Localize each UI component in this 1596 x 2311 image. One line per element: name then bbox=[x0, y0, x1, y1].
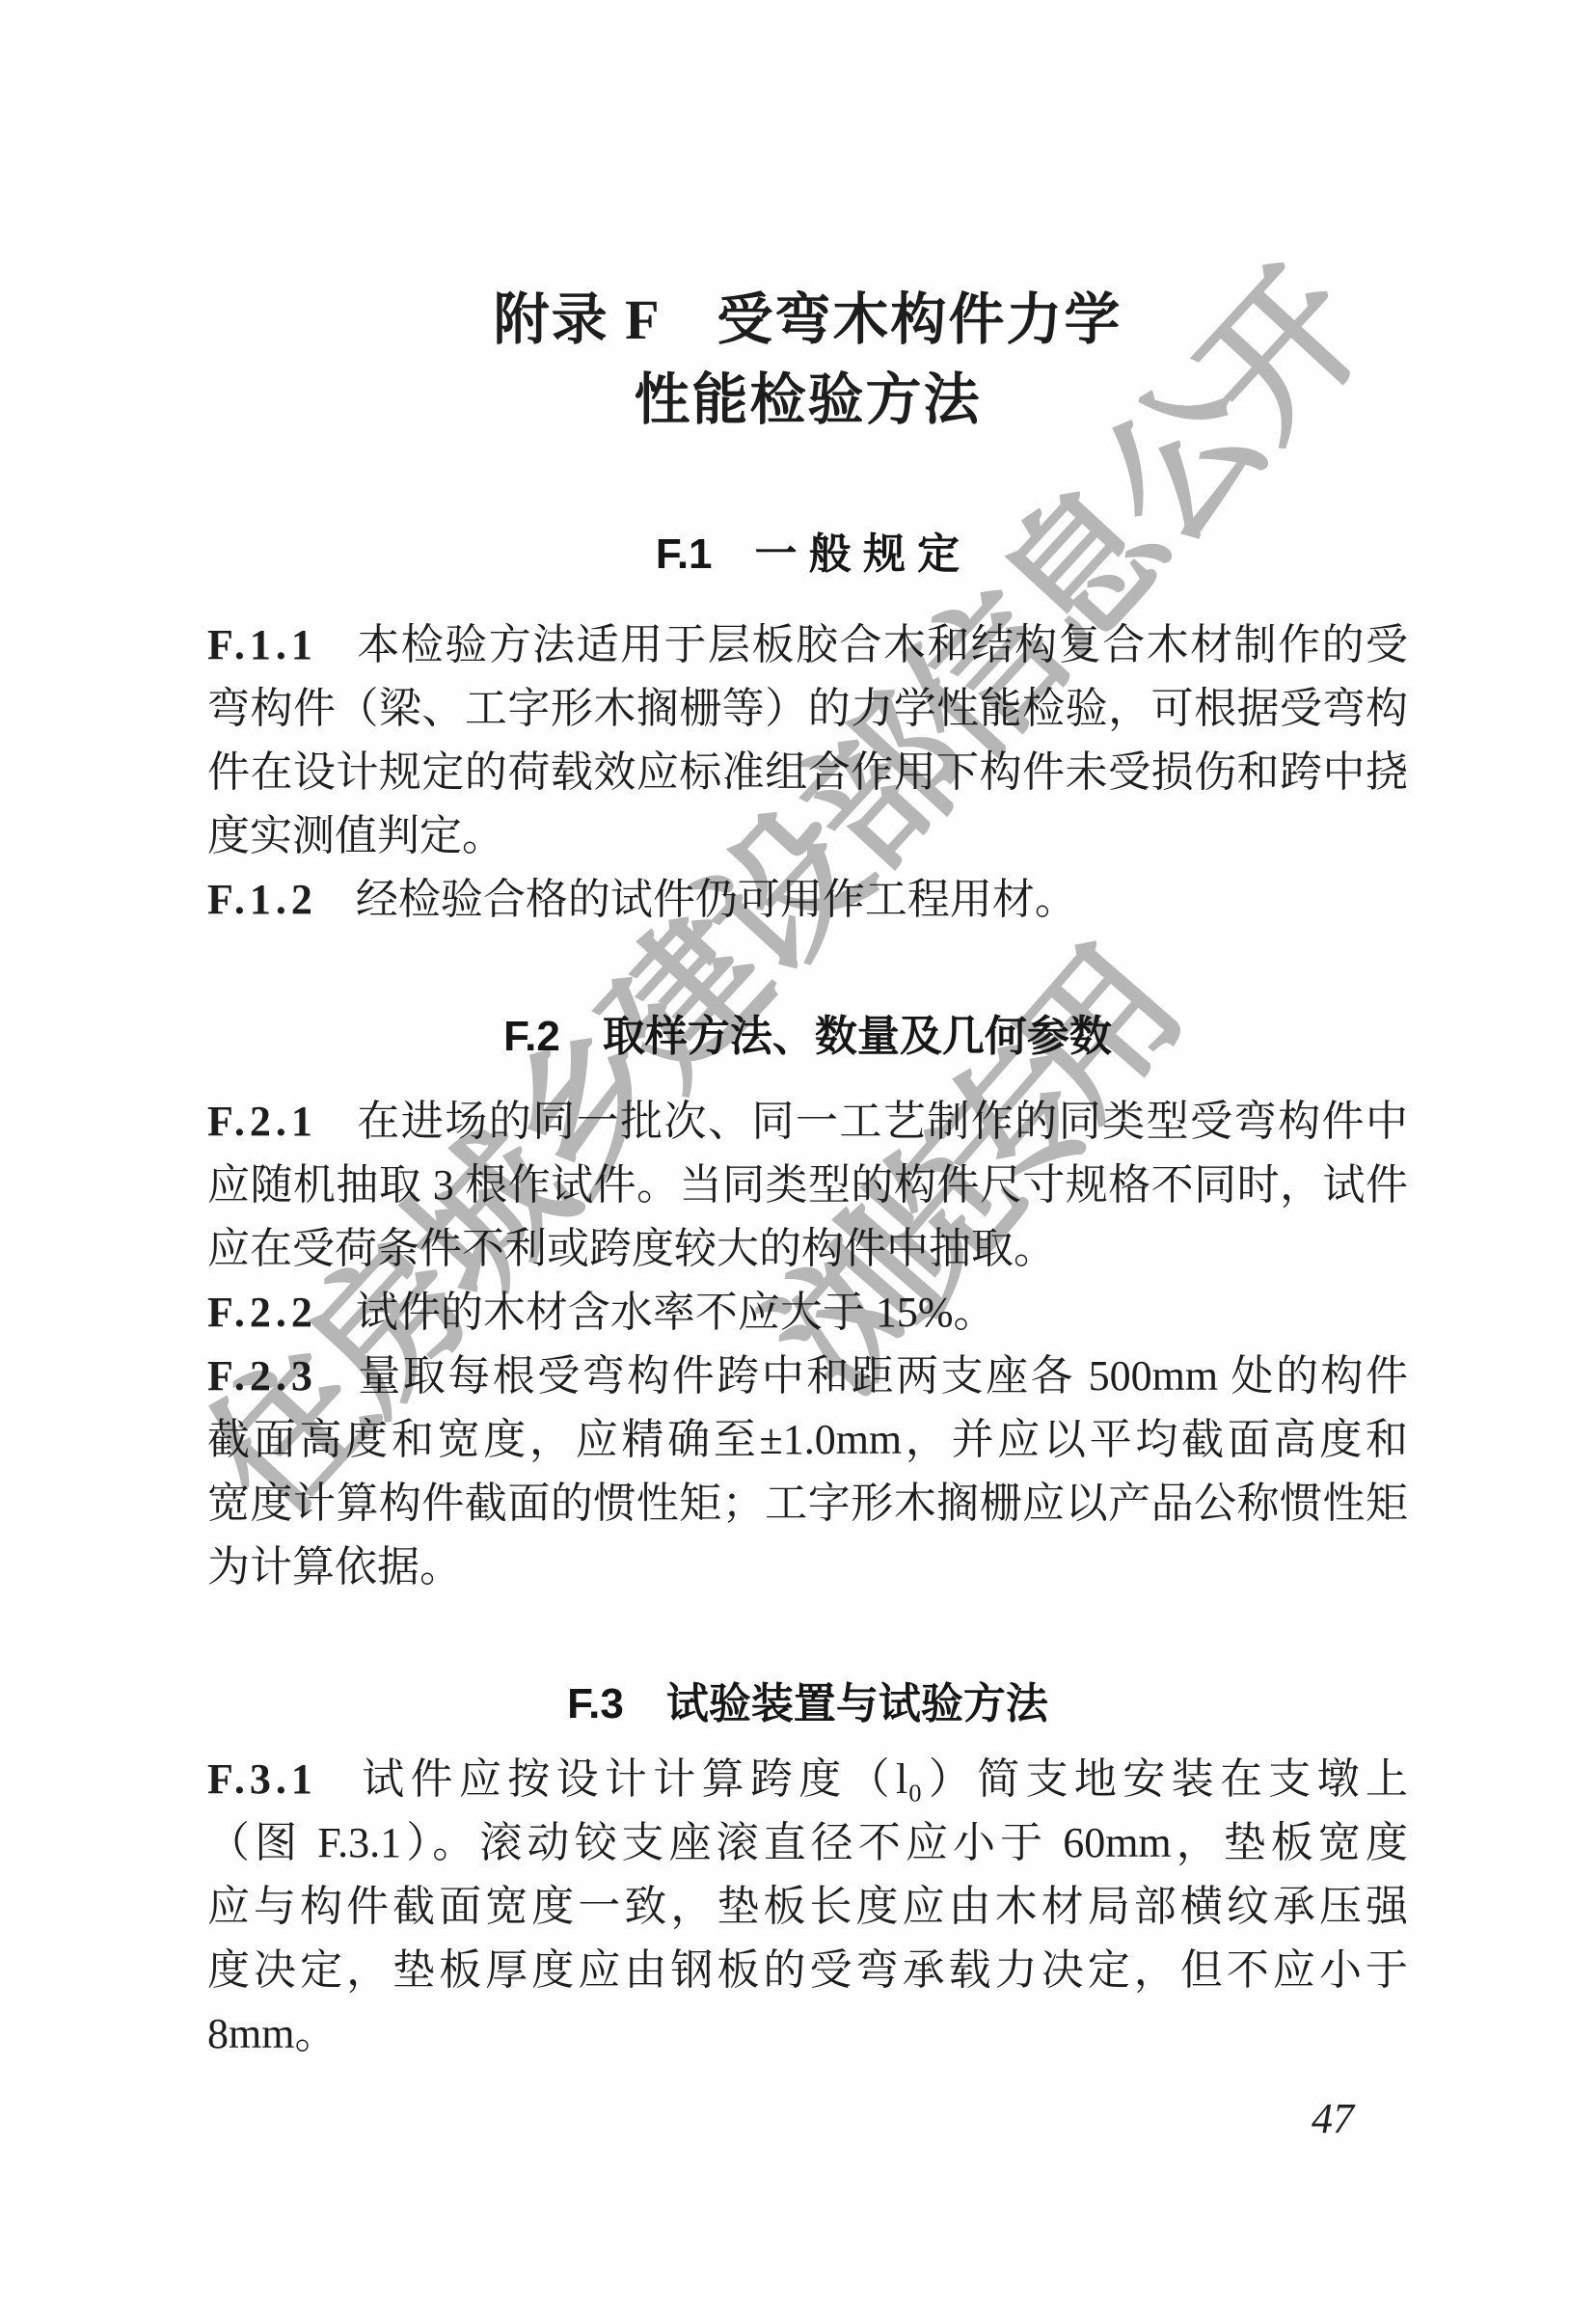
clause-text: 本检验方法适用于层板胶合木和结构复合木材制作的受 bbox=[356, 621, 1408, 668]
page-number: 47 bbox=[207, 2095, 1408, 2143]
clause-line: 弯构件（梁、工字形木搁栅等）的力学性能检验，可根据受弯构 bbox=[207, 677, 1408, 741]
document-title-line-2: 性能检验方法 bbox=[207, 360, 1408, 440]
clause-line: F.1.2经检验合格的试件仍可用作工程用材。 bbox=[207, 868, 1408, 932]
clause-label: F.2.3 bbox=[207, 1352, 317, 1400]
clause-text: 经检验合格的试件仍可用作工程用材。 bbox=[356, 876, 1077, 923]
clause-line: 度决定，垫板厚度应由钢板的受弯承载力决定，但不应小于 bbox=[207, 1939, 1408, 2002]
clause-label: F.3.1 bbox=[207, 1755, 317, 1803]
clause-text: 试件应按设计计算跨度（l₀）简支地安装在支墩上 bbox=[356, 1755, 1408, 1803]
document-body: 附录 F 受弯木构件力学 性能检验方法 F.1 一 般 规 定F.1.1本检验方… bbox=[207, 0, 1408, 2143]
clause-text: 在进场的同一批次、同一工艺制作的同类型受弯构件中 bbox=[356, 1098, 1408, 1145]
clause-line: 应在受荷条件不利或跨度较大的构件中抽取。 bbox=[207, 1217, 1408, 1281]
clause-line: F.1.1本检验方法适用于层板胶合木和结构复合木材制作的受 bbox=[207, 613, 1408, 677]
section-heading: F.2 取样方法、数量及几何参数 bbox=[207, 1005, 1408, 1069]
clause-line: 宽度计算构件截面的惯性矩；工字形木搁栅应以产品公称惯性矩 bbox=[207, 1472, 1408, 1536]
clause-line: 截面高度和宽度，应精确至±1.0mm，并应以平均截面高度和 bbox=[207, 1408, 1408, 1472]
clause-line: 应与构件截面宽度一致，垫板长度应由木材局部横纹承压强 bbox=[207, 1875, 1408, 1939]
clause-line: 8mm。 bbox=[207, 2002, 1408, 2066]
clause-line: 件在设计规定的荷载效应标准组合作用下构件未受损伤和跨中挠 bbox=[207, 741, 1408, 804]
clause-line: 度实测值判定。 bbox=[207, 804, 1408, 868]
section-heading: F.1 一 般 规 定 bbox=[207, 523, 1408, 586]
clause-line: F.3.1试件应按设计计算跨度（l₀）简支地安装在支墩上 bbox=[207, 1748, 1408, 1811]
clause-label: F.1.1 bbox=[207, 621, 317, 668]
section-heading: F.3 试验装置与试验方法 bbox=[207, 1672, 1408, 1736]
clause-text: 量取每根受弯构件跨中和距两支座各 500mm 处的构件 bbox=[356, 1352, 1408, 1400]
clause-line: F.2.3量取每根受弯构件跨中和距两支座各 500mm 处的构件 bbox=[207, 1345, 1408, 1408]
clause-line: 为计算依据。 bbox=[207, 1536, 1408, 1599]
clause-line: 应随机抽取 3 根作试件。当同类型的构件尺寸规格不同时，试件 bbox=[207, 1154, 1408, 1217]
document-title: 附录 F 受弯木构件力学 性能检验方法 bbox=[207, 280, 1408, 440]
clause-line: F.2.1在进场的同一批次、同一工艺制作的同类型受弯构件中 bbox=[207, 1090, 1408, 1154]
clause-label: F.2.2 bbox=[207, 1289, 317, 1336]
document-title-line-1: 附录 F 受弯木构件力学 bbox=[207, 280, 1408, 360]
clause-label: F.2.1 bbox=[207, 1098, 317, 1145]
clause-label: F.1.2 bbox=[207, 876, 317, 923]
clause-line: F.2.2试件的木材含水率不应大于 15%。 bbox=[207, 1281, 1408, 1345]
clause-text: 试件的木材含水率不应大于 15%。 bbox=[356, 1289, 996, 1336]
clause-line: （图 F.3.1）。滚动铰支座滚直径不应小于 60mm，垫板宽度 bbox=[207, 1811, 1408, 1875]
document-page: 住房城乡建设部信息公开 浏览专用 附录 F 受弯木构件力学 性能检验方法 F.1… bbox=[0, 0, 1596, 2311]
sections-container: F.1 一 般 规 定F.1.1本检验方法适用于层板胶合木和结构复合木材制作的受… bbox=[207, 523, 1408, 2066]
